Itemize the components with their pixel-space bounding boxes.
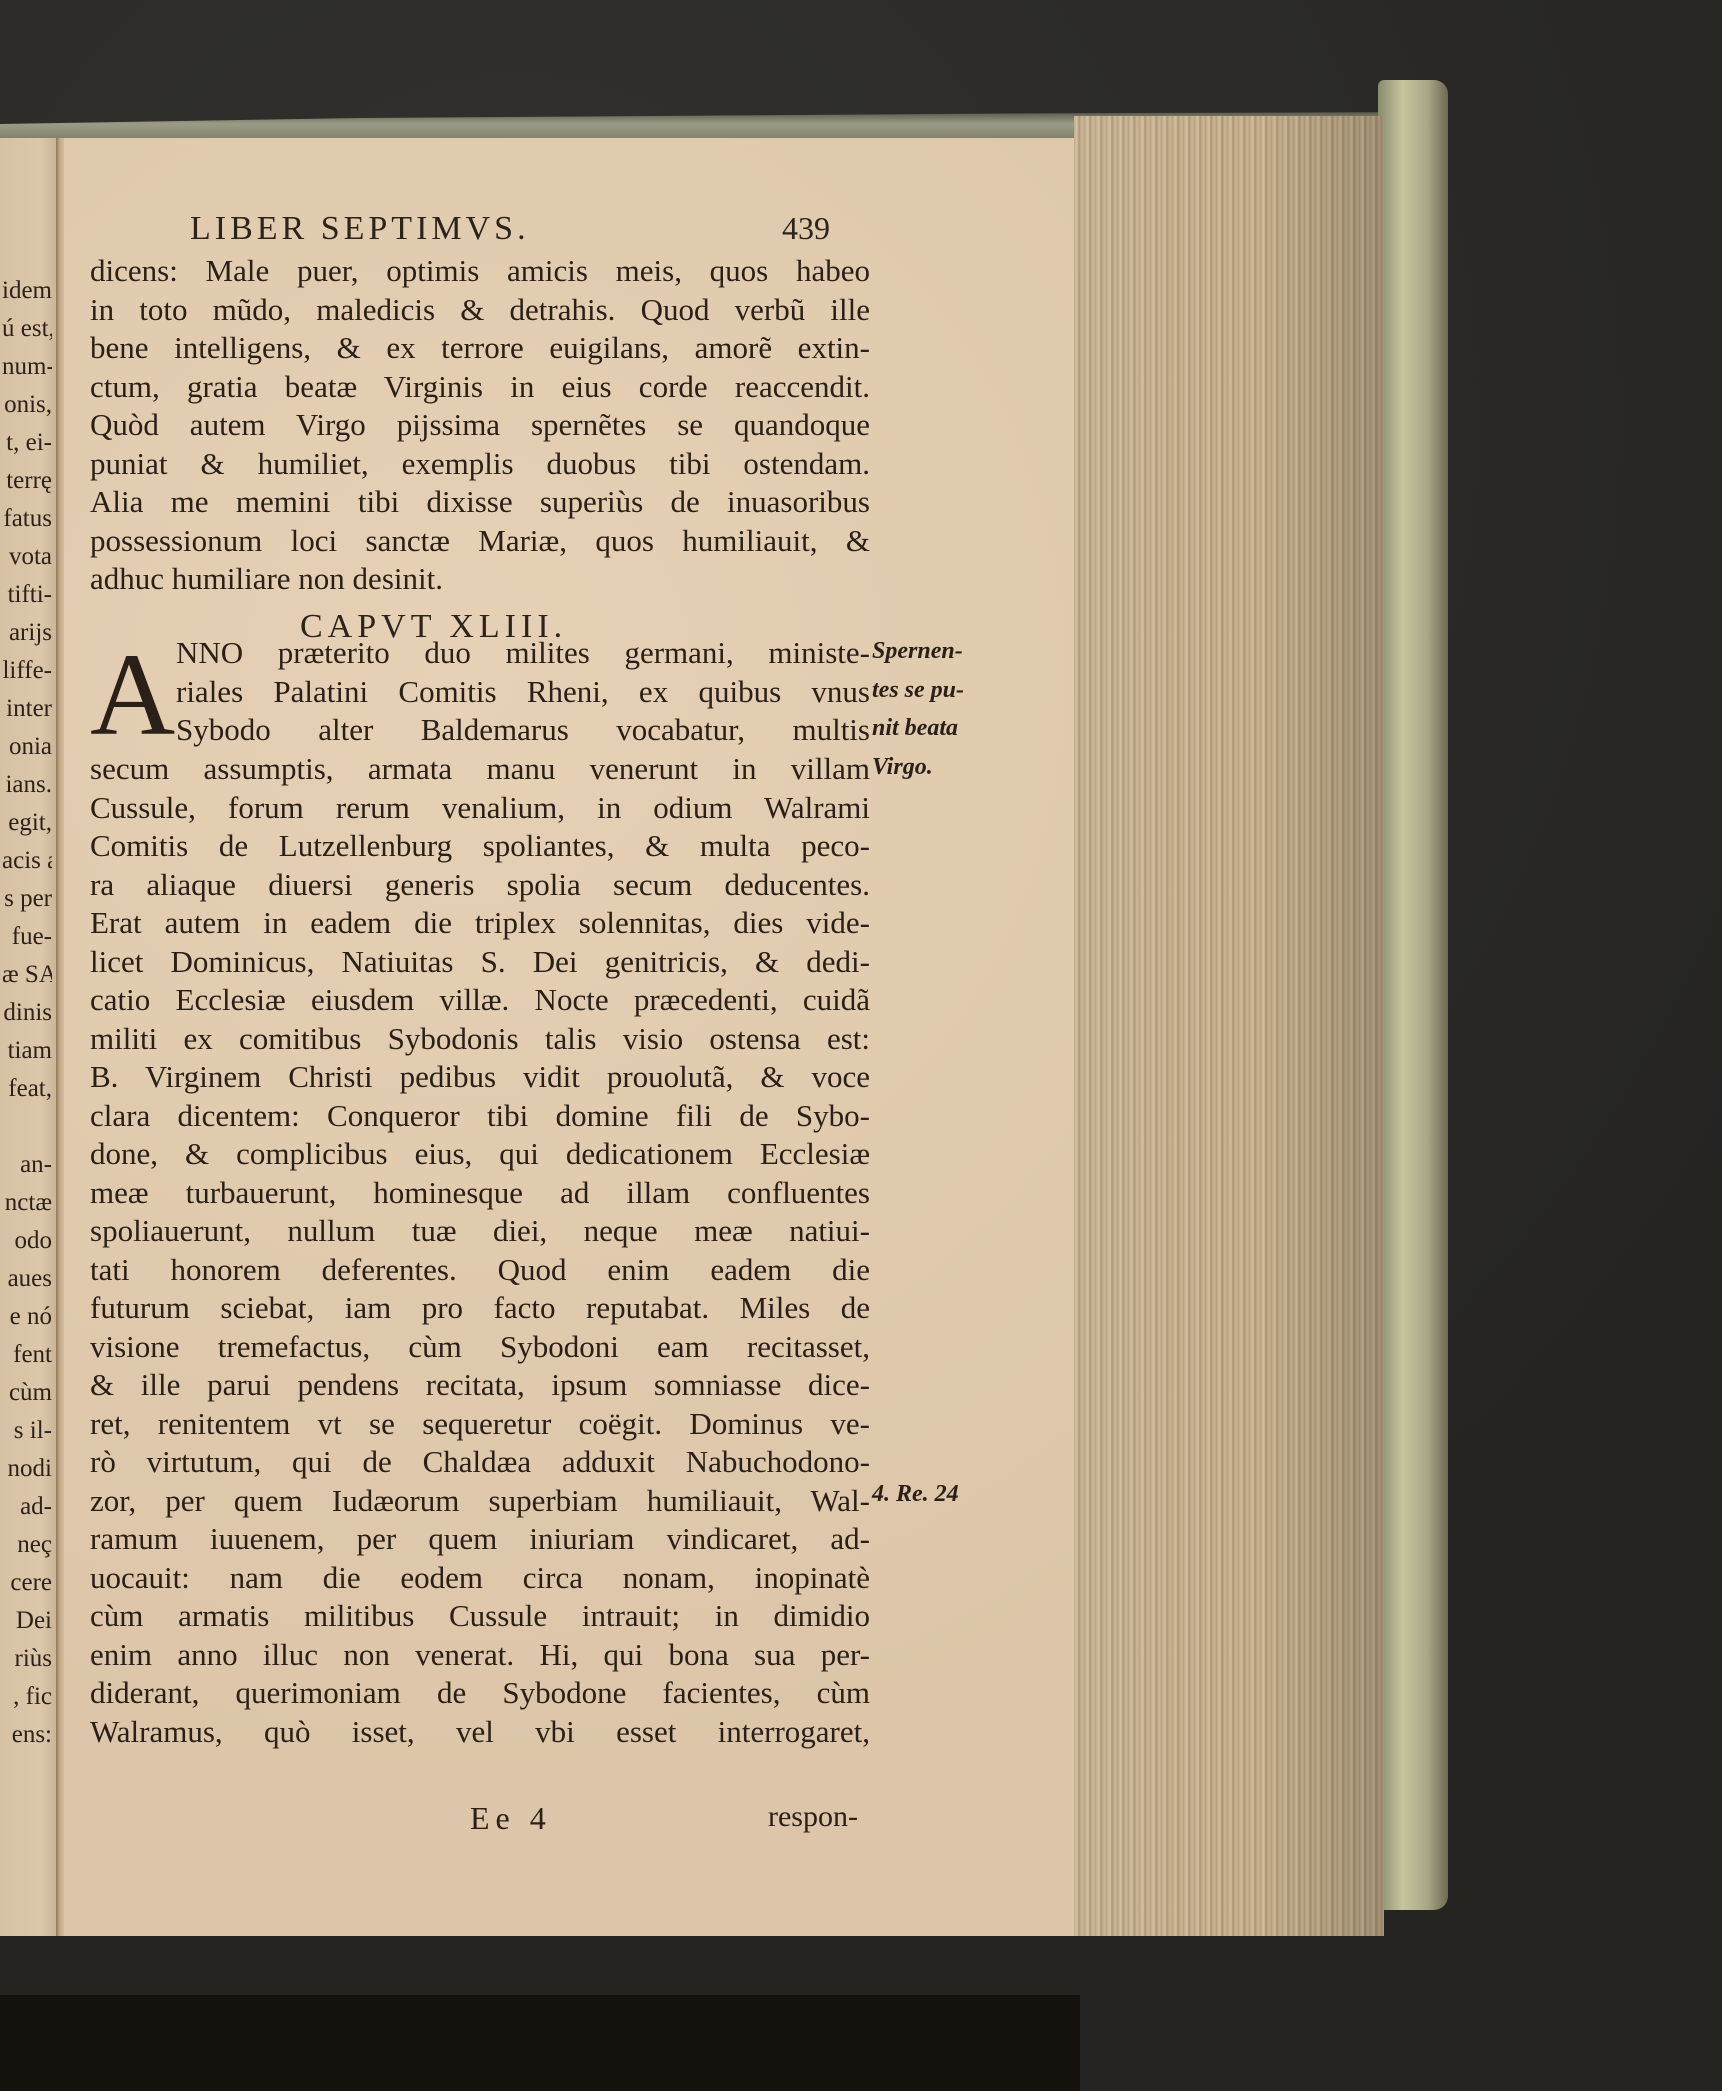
text-line: zor, per quem Iudæorum superbiam humilia… <box>90 1482 870 1521</box>
text-line: uocauit: nam die eodem circa nonam, inop… <box>90 1559 870 1598</box>
fragment-line: terrę <box>2 462 52 500</box>
text-line: ra aliaque diuersi generis spolia secum … <box>90 866 870 905</box>
fragment-line: odo <box>2 1222 52 1260</box>
fragment-line: æ SA- <box>2 956 52 994</box>
text-line: possessionum loci sanctæ Mariæ, quos hum… <box>90 522 870 561</box>
page-number: 439 <box>782 210 830 247</box>
fragment-line: nctæ <box>2 1184 52 1222</box>
text-line: secum assumptis, armata manu venerunt in… <box>90 750 870 789</box>
paragraph-1: dicens: Male puer, optimis amicis meis, … <box>90 252 870 599</box>
text-line: Quòd autem Virgo pijssima spernẽtes se q… <box>90 406 870 445</box>
text-line: futurum sciebat, iam pro facto reputabat… <box>90 1289 870 1328</box>
fragment-line: ens: <box>2 1716 52 1754</box>
paragraph-2: secum assumptis, armata manu venerunt in… <box>90 750 870 1751</box>
text-line: enim anno illuc non venerat. Hi, qui bon… <box>90 1636 870 1675</box>
fragment-line: nodi <box>2 1450 52 1488</box>
fore-edge-shading <box>1074 116 1384 1936</box>
text-line: dicens: Male puer, optimis amicis meis, … <box>90 252 870 291</box>
running-head: LIBER SEPTIMVS. <box>190 210 530 248</box>
fragment-line: tifti- <box>2 576 52 614</box>
text-line: B. Virginem Christi pedibus vidit prouol… <box>90 1058 870 1097</box>
text-line: rò virtutum, qui de Chaldæa adduxit Nabu… <box>90 1443 870 1482</box>
book-cover-edge <box>1378 80 1448 1910</box>
text-line: Alia me memini tibi dixisse superiùs de … <box>90 483 870 522</box>
fragment-line: feat, <box>2 1070 52 1108</box>
fragment-line <box>2 1108 52 1146</box>
text-line: Comitis de Lutzellenburg spoliantes, & m… <box>90 827 870 866</box>
fragment-line: t, ei- <box>2 424 52 462</box>
side-note-spernentes: Spernen- tes se pu- nit beata Virgo. <box>872 632 964 786</box>
text-line: ramum iuuenem, per quem iniuriam vindica… <box>90 1520 870 1559</box>
text-line: meæ turbauerunt, hominesque ad illam con… <box>90 1174 870 1213</box>
fragment-line: ians. <box>2 766 52 804</box>
fragment-line: aues <box>2 1260 52 1298</box>
text-line: & ille parui pendens recitata, ipsum som… <box>90 1366 870 1405</box>
catchword: respon- <box>768 1800 858 1834</box>
fragment-line: tiam <box>2 1032 52 1070</box>
text-line: ret, renitentem vt se sequeretur coëgit.… <box>90 1405 870 1444</box>
fragment-line: s per <box>2 880 52 918</box>
left-page-fragments: idemú est,num-onis,t, ei-terręfatusvotat… <box>2 272 52 1754</box>
fragment-line: acis a <box>2 842 52 880</box>
fragment-line: neç <box>2 1526 52 1564</box>
text-line: militi ex comitibus Sybodonis talis visi… <box>90 1020 870 1059</box>
fragment-line: vota <box>2 538 52 576</box>
fragment-line: dinis <box>2 994 52 1032</box>
text-line: spoliauerunt, nullum tuæ diei, neque meæ… <box>90 1212 870 1251</box>
fragment-line: fatus <box>2 500 52 538</box>
fragment-line: fent <box>2 1336 52 1374</box>
text-line: tati honorem deferentes. Quod enim eadem… <box>90 1251 870 1290</box>
text-line: Walramus, quò isset, vel vbi esset inter… <box>90 1713 870 1752</box>
fragment-line: riùs <box>2 1640 52 1678</box>
fragment-line: num- <box>2 348 52 386</box>
signature-mark: Ee 4 <box>470 1800 552 1837</box>
fragment-line: cùm <box>2 1374 52 1412</box>
fragment-line: onis, <box>2 386 52 424</box>
text-line: cùm armatis militibus Cussule intrauit; … <box>90 1597 870 1636</box>
fragment-line: inter <box>2 690 52 728</box>
fragment-line: e nó <box>2 1298 52 1336</box>
fragment-line: arijs <box>2 614 52 652</box>
text-line: adhuc humiliare non desinit. <box>90 560 870 599</box>
fragment-line: egit, <box>2 804 52 842</box>
text-line: in toto mũdo, maledicis & detrahis. Quod… <box>90 291 870 330</box>
fragment-line: an- <box>2 1146 52 1184</box>
text-line: Sybodo alter Baldemarus vocabatur, multi… <box>90 711 870 750</box>
text-line: Cussule, forum rerum venalium, in odium … <box>90 789 870 828</box>
fragment-line: ú est, <box>2 310 52 348</box>
fragment-line: liffe- <box>2 652 52 690</box>
text-line: Erat autem in eadem die triplex solennit… <box>90 904 870 943</box>
fragment-line: idem <box>2 272 52 310</box>
fragment-line: onia <box>2 728 52 766</box>
text-line: visione tremefactus, cùm Sybodoni eam re… <box>90 1328 870 1367</box>
side-note-reference: 4. Re. 24 <box>872 1475 959 1514</box>
text-line: licet Dominicus, Natiuitas S. Dei genitr… <box>90 943 870 982</box>
text-line: done, & complicibus eius, qui dedication… <box>90 1135 870 1174</box>
text-line: clara dicentem: Conqueror tibi domine fi… <box>90 1097 870 1136</box>
text-line: bene intelligens, & ex terrore euigilans… <box>90 329 870 368</box>
text-line: NNO præterito duo milites germani, minis… <box>90 634 870 673</box>
text-line: puniat & humiliet, exemplis duobus tibi … <box>90 445 870 484</box>
text-line: ctum, gratia beatæ Virginis in eius cord… <box>90 368 870 407</box>
fragment-line: Dei <box>2 1602 52 1640</box>
fragment-line: ad- <box>2 1488 52 1526</box>
text-line: riales Palatini Comitis Rheni, ex quibus… <box>90 673 870 712</box>
text-line: catio Ecclesiæ eiusdem villæ. Nocte præc… <box>90 981 870 1020</box>
fragment-line: cere <box>2 1564 52 1602</box>
fragment-line: fue- <box>2 918 52 956</box>
text-line: diderant, querimoniam de Sybodone facien… <box>90 1674 870 1713</box>
paragraph-2-opening: NNO præterito duo milites germani, minis… <box>90 634 870 750</box>
fragment-line: , fic <box>2 1678 52 1716</box>
fragment-line: s il- <box>2 1412 52 1450</box>
